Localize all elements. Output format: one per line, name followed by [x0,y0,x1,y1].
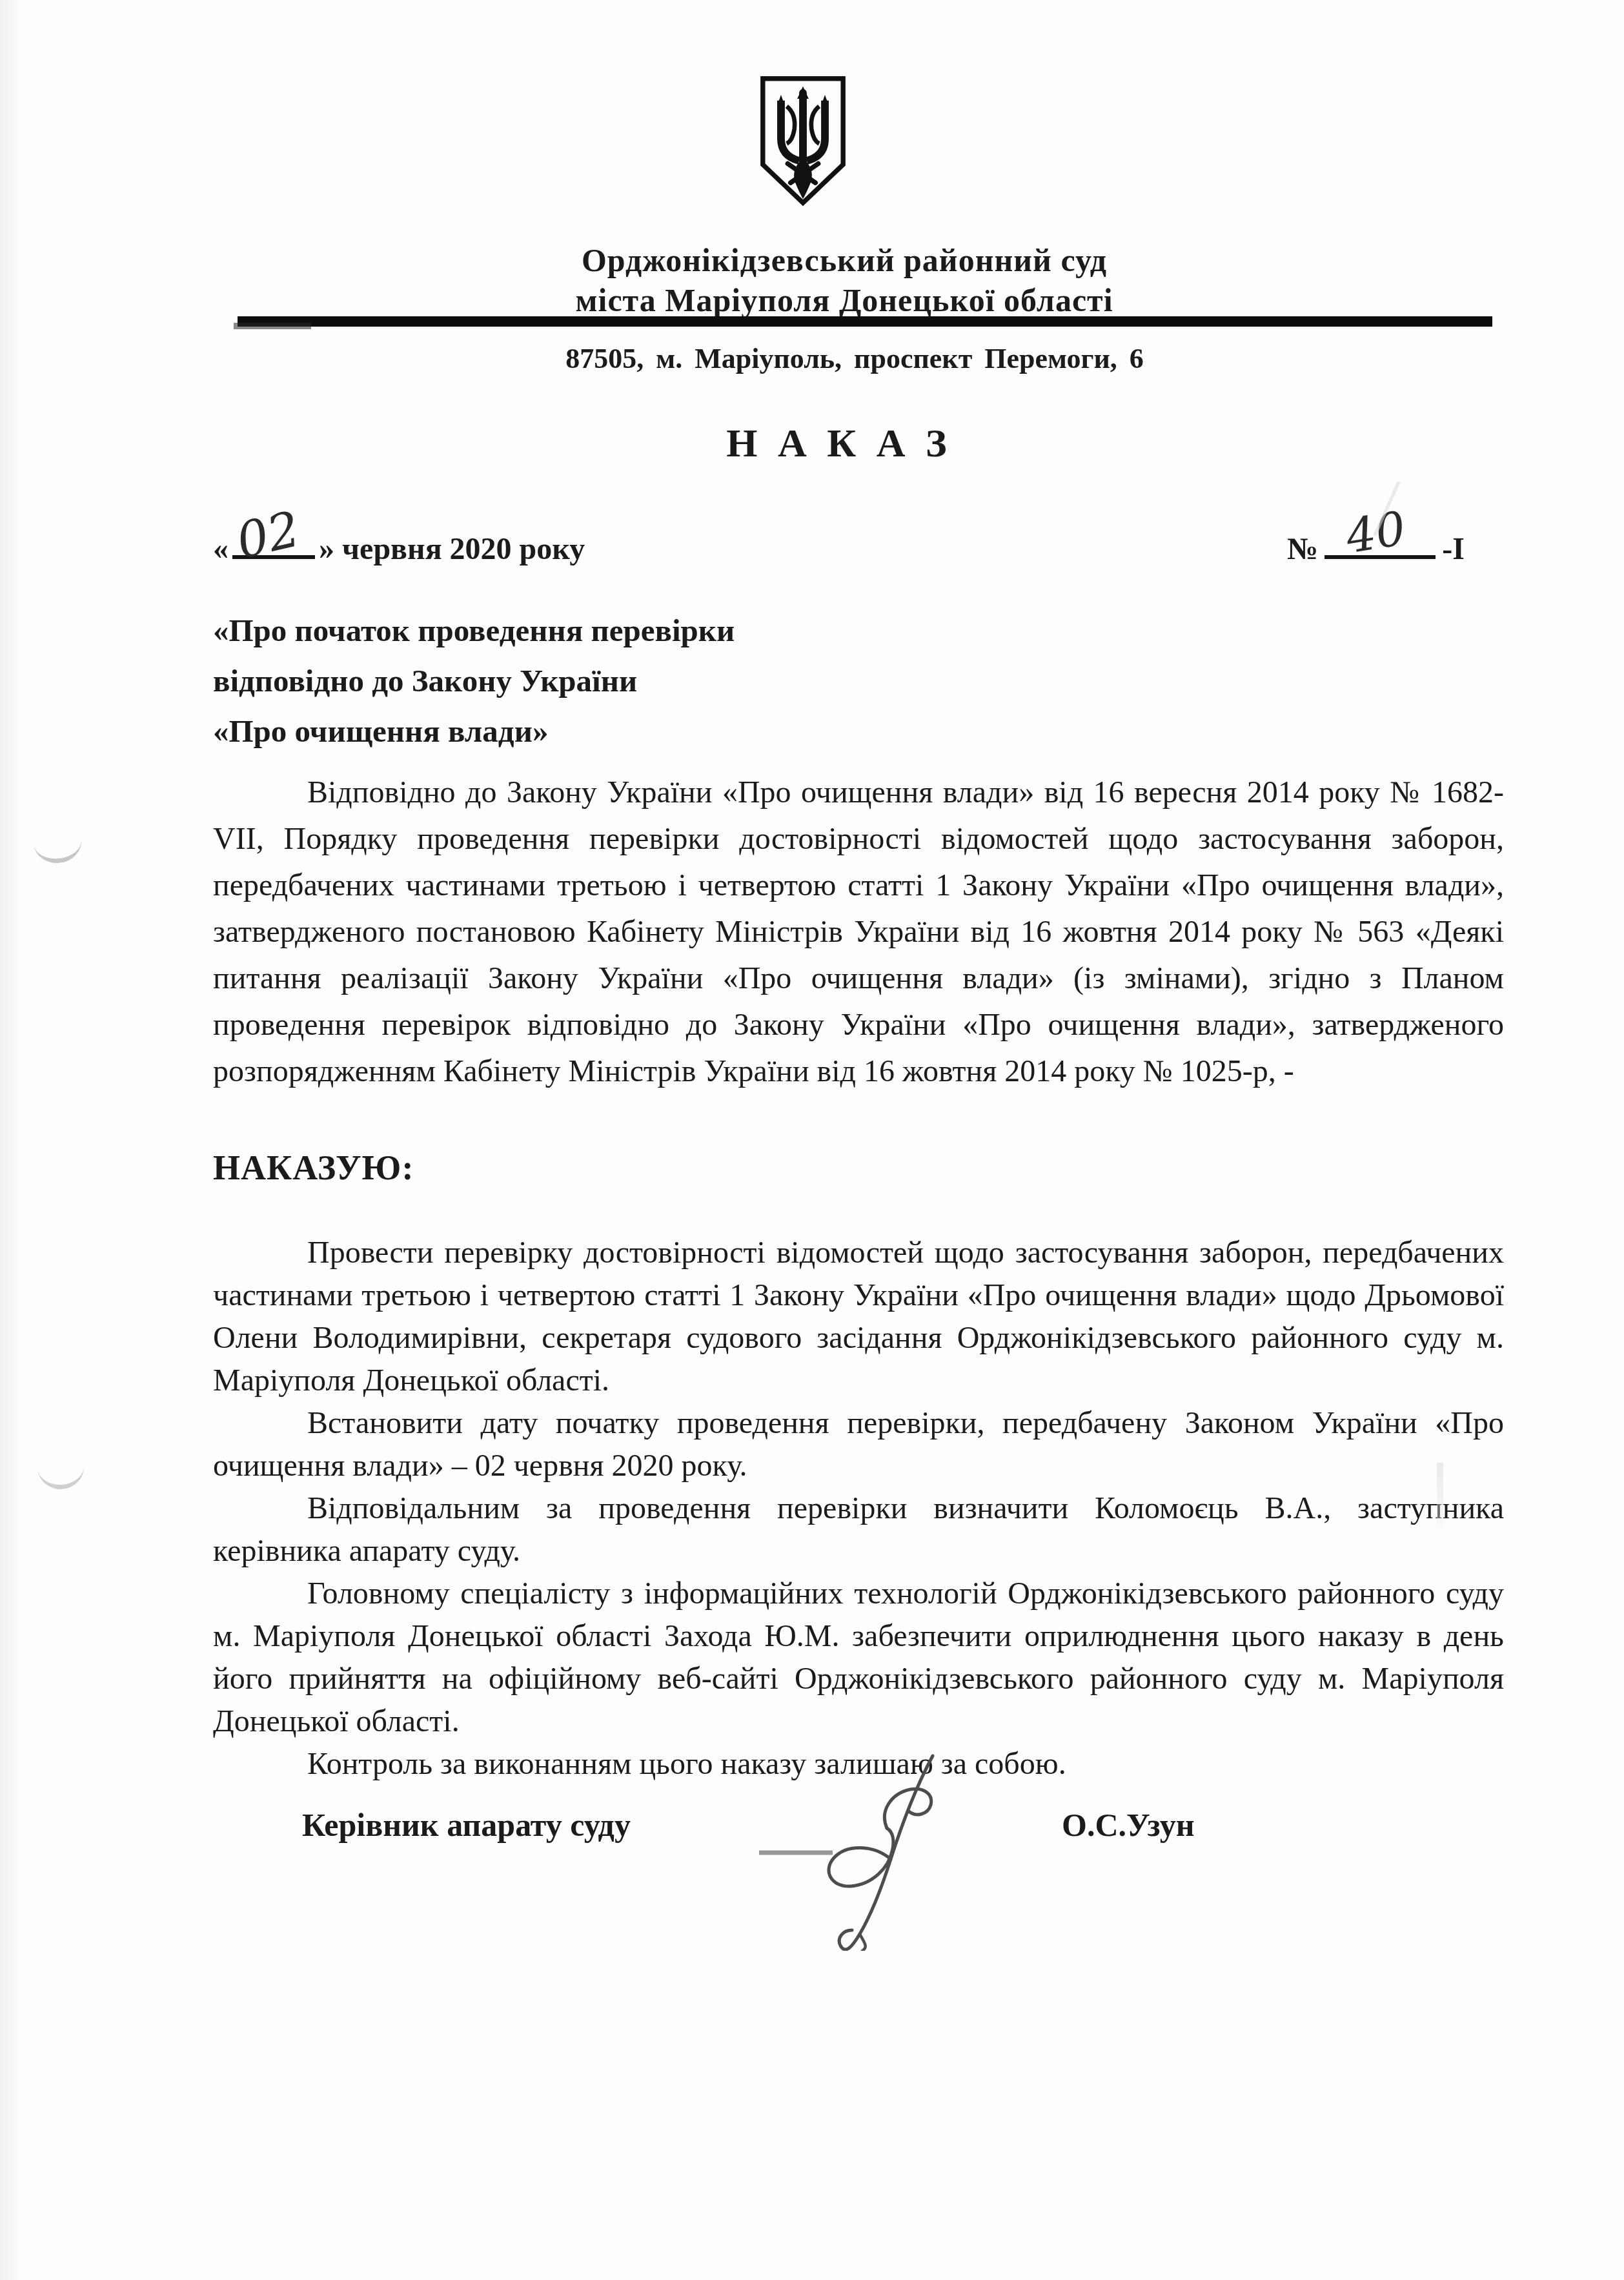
order-items: Провести перевірку достовірності відомос… [213,1232,1504,1786]
preamble-paragraph: Відповідно до Закону України «Про очищен… [213,769,1504,1095]
order-number-field: №40-І [1287,518,1465,567]
handwritten-day: 02 [232,504,304,566]
ukraine-trident-emblem-icon [755,74,851,208]
order-keyword: НАКАЗУЮ: [213,1148,414,1188]
order-item: Провести перевірку достовірності відомос… [213,1232,1504,1402]
court-address: 87505, м. Маріуполь, проспект Перемоги, … [338,342,1371,375]
subject-block: «Про початок проведення перевірки відпов… [213,606,735,757]
document-title: Н А К А З [323,421,1355,467]
open-quote: « [213,532,228,566]
signer-name: О.С.Узун [1062,1806,1194,1844]
order-item: Головному спеціалісту з інформаційних те… [213,1573,1504,1743]
signer-position-title: Керівник апарату суду [302,1806,631,1844]
scanned-court-order-document: Орджонікідзевський районний суд міста Ма… [0,0,1624,2280]
handwritten-day-slot: 02 [232,518,315,559]
subject-line: відповідно до Закону України [213,656,735,706]
number-suffix: -І [1442,532,1465,566]
scan-edge-shading [0,0,22,2280]
order-item: Відповідальним за проведення перевірки в… [213,1487,1504,1573]
court-name-line2: міста Маріуполя Донецької області [328,280,1361,320]
scan-artifact-arc [32,819,83,865]
date-text: » червня 2020 року [319,532,585,566]
subject-line: «Про очищення влади» [213,706,735,757]
order-item: Встановити дату початку проведення перев… [213,1402,1504,1487]
court-name-line1: Орджонікідзевський районний суд [328,240,1361,280]
handwritten-number-slot: 40 [1325,518,1436,559]
header-divider-rule [238,316,1492,327]
scan-artifact-arc [36,1443,86,1491]
date-field: «02» червня 2020 року [213,518,585,567]
signature [736,1751,1013,1951]
date-and-number-row: «02» червня 2020 року №40-І [213,509,1491,593]
handwritten-number: 40 [1343,505,1409,560]
number-sign: № [1287,532,1318,566]
court-name-block: Орджонікідзевський районний суд міста Ма… [328,240,1361,320]
subject-line: «Про початок проведення перевірки [213,606,735,656]
